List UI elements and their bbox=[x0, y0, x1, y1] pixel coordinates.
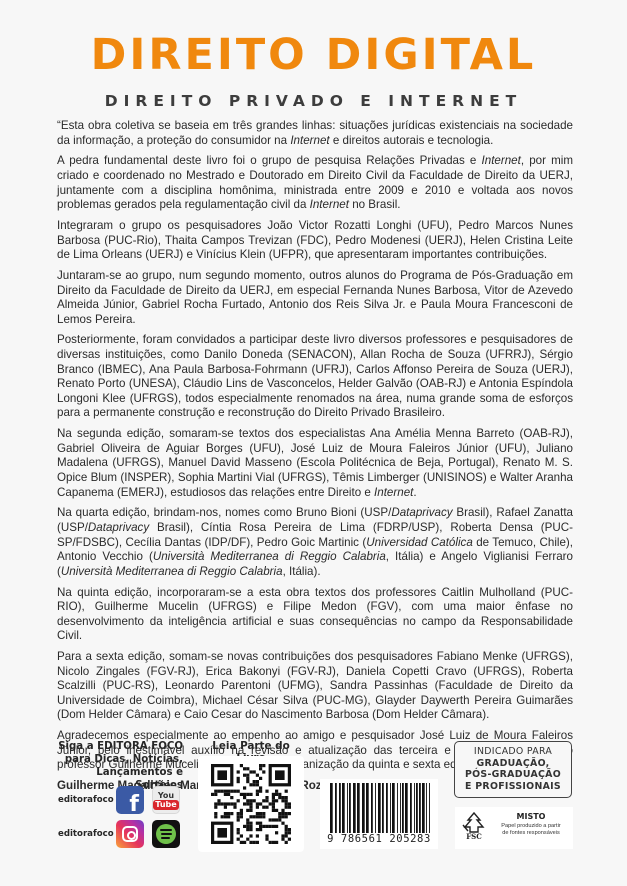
fsc-logo-text: FSC bbox=[460, 832, 488, 841]
book-back-cover: DIREITO DIGITAL DIREITO PRIVADO E INTERN… bbox=[0, 0, 627, 886]
synopsis-paragraph: “Esta obra coletiva se baseia em três gr… bbox=[57, 119, 573, 148]
synopsis-paragraph: Integraram o grupo os pesquisadores João… bbox=[57, 219, 573, 263]
follow-editora-text: Siga a EDITORA FOCO para Dicas, Notícias… bbox=[50, 740, 183, 792]
synopsis-paragraph: Para a sexta edição, somam-se novas cont… bbox=[57, 650, 573, 723]
social-handle[interactable]: editorafoco bbox=[58, 829, 116, 839]
fsc-description: Papel produzido a partir de fontes respo… bbox=[491, 823, 571, 837]
audience-line: PÓS-GRADUAÇÃO bbox=[455, 769, 571, 781]
audience-line: GRADUAÇÃO, bbox=[455, 758, 571, 770]
fsc-desc-line: Papel produzido a partir bbox=[491, 823, 571, 830]
social-handle[interactable]: editorafoco bbox=[58, 795, 116, 805]
audience-badge: INDICADO PARA GRADUAÇÃO, PÓS-GRADUAÇÃO E… bbox=[454, 741, 572, 798]
social-row-2: editorafoco bbox=[58, 820, 188, 848]
synopsis-paragraph: Na quinta edição, incorporaram-se a esta… bbox=[57, 586, 573, 644]
synopsis-paragraph: Juntaram-se ao grupo, num segundo moment… bbox=[57, 269, 573, 327]
book-subtitle: DIREITO PRIVADO E INTERNET bbox=[0, 91, 627, 111]
fsc-desc-line: de fontes responsáveis bbox=[491, 830, 571, 837]
synopsis-paragraph: A pedra fundamental deste livro foi o gr… bbox=[57, 154, 573, 212]
youtube-icon[interactable]: You Tube bbox=[152, 786, 180, 814]
barcode-icon bbox=[320, 779, 438, 835]
synopsis-paragraph: Na quarta edição, brindam-nos, nomes com… bbox=[57, 506, 573, 579]
social-row-1: editorafoco f You Tube bbox=[58, 786, 188, 814]
qr-code[interactable] bbox=[198, 756, 304, 852]
isbn-number: 9 786561 205283 bbox=[326, 833, 432, 845]
instagram-icon[interactable] bbox=[116, 820, 144, 848]
book-title: DIREITO DIGITAL bbox=[0, 30, 627, 80]
youtube-tube-text: Tube bbox=[153, 800, 178, 810]
youtube-you-text: You bbox=[158, 791, 174, 800]
synopsis-text: “Esta obra coletiva se baseia em três gr… bbox=[57, 119, 573, 800]
follow-line: para Dicas, Notícias, bbox=[50, 753, 183, 766]
synopsis-paragraph: Na segunda edição, somaram-se textos dos… bbox=[57, 427, 573, 500]
facebook-icon[interactable]: f bbox=[116, 786, 144, 814]
follow-line: Siga a EDITORA FOCO bbox=[50, 740, 183, 753]
audience-line: INDICADO PARA bbox=[455, 746, 571, 758]
qr-code-icon bbox=[211, 764, 291, 844]
spotify-icon[interactable] bbox=[152, 820, 180, 848]
fsc-misto-label: MISTO bbox=[491, 812, 571, 821]
synopsis-paragraph: Posteriormente, foram convidados a parti… bbox=[57, 333, 573, 421]
fsc-certification: FSC MISTO Papel produzido a partir de fo… bbox=[455, 807, 573, 849]
facebook-glyph: f bbox=[129, 792, 139, 814]
audience-line: E PROFISSIONAIS bbox=[455, 781, 571, 793]
